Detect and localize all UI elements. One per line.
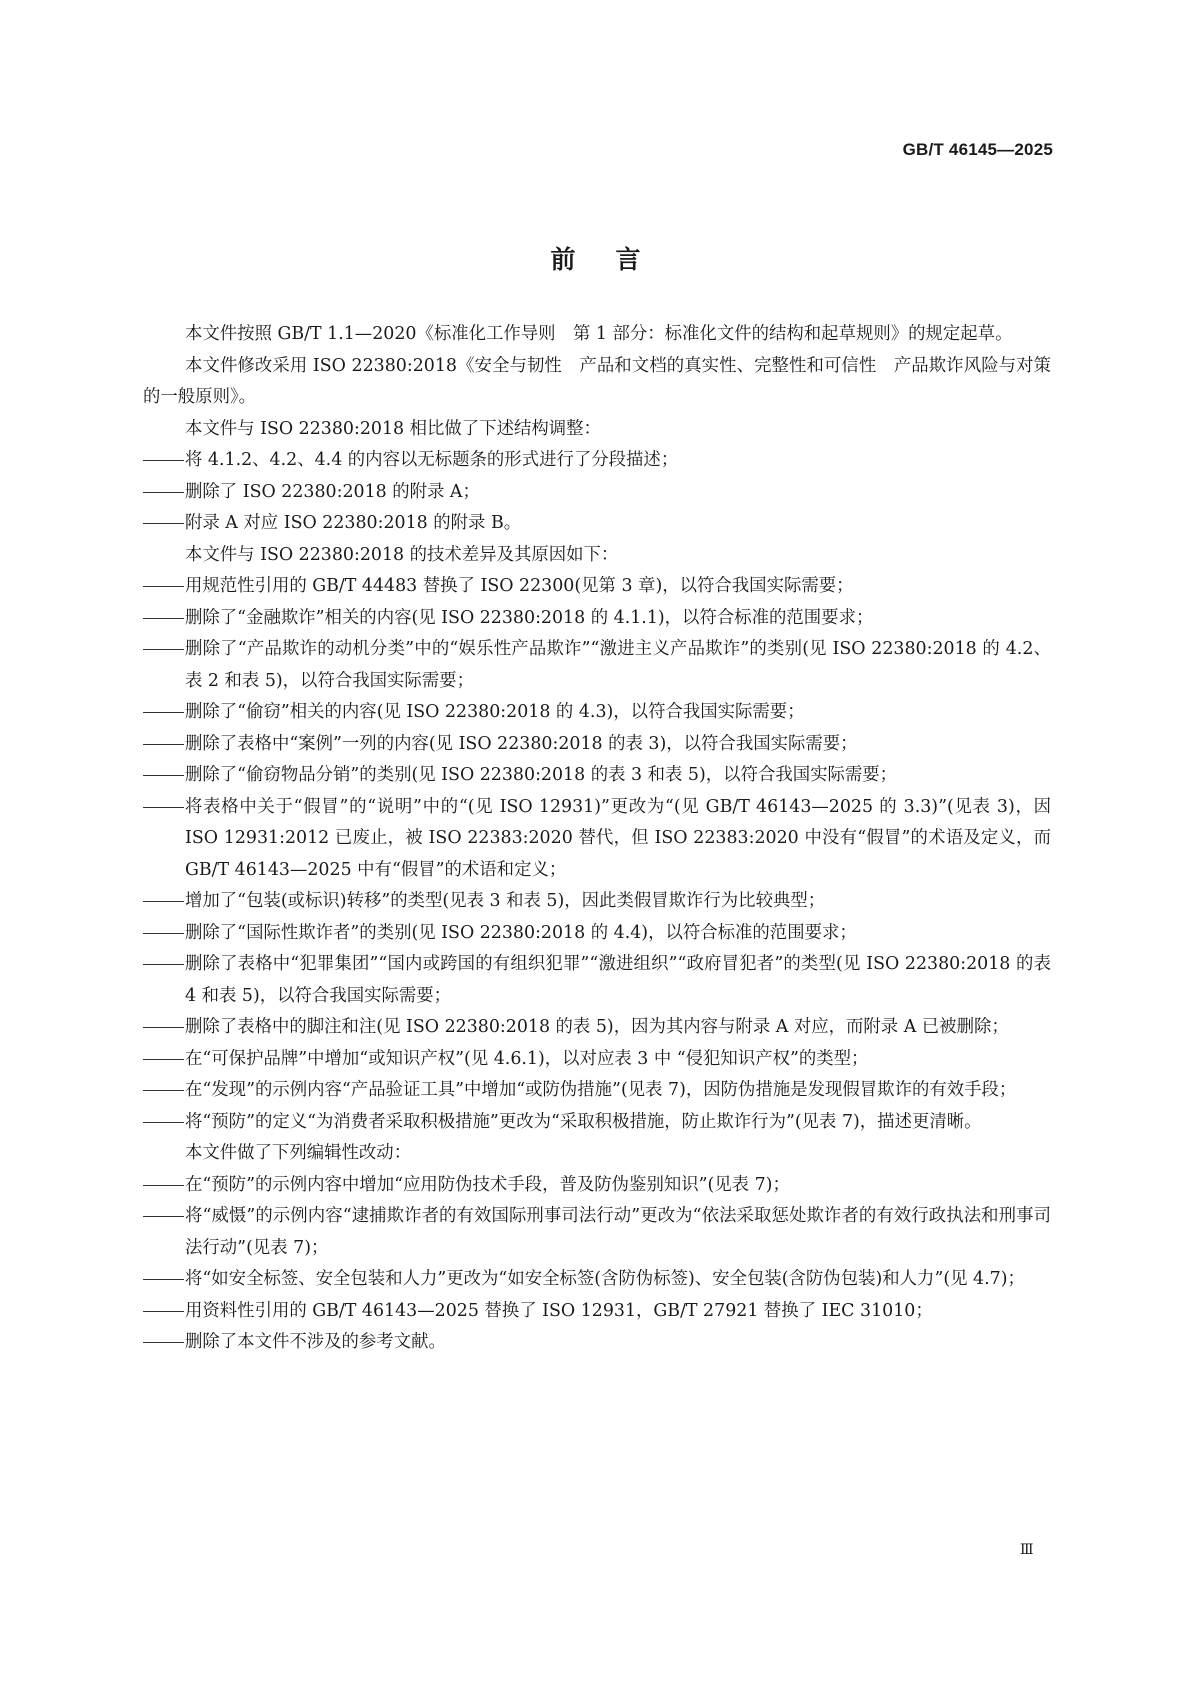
list-item-text: 附录 A 对应 ISO 22380:2018 的附录 B。: [185, 513, 521, 533]
list-item: 用规范性引用的 GB/T 44483 替换了 ISO 22300(见第 3 章)…: [143, 571, 1051, 603]
list-item: 删除了表格中“犯罪集团”“国内或跨国的有组织犯罪”“激进组织”“政府冒犯者”的类…: [143, 949, 1051, 1012]
standard-code-header: GB/T 46145—2025: [903, 140, 1053, 160]
list-item: 将表格中关于“假冒”的“说明”中的“(见 ISO 12931)”更改为“(见 G…: [143, 792, 1051, 887]
paragraph: 本文件与 ISO 22380:2018 的技术差异及其原因如下：: [143, 540, 1051, 572]
list-item-text: 删除了 ISO 22380:2018 的附录 A；: [185, 482, 480, 502]
page-number: Ⅲ: [1020, 1542, 1034, 1558]
list-item: 在“可保护品牌”中增加“或知识产权”(见 4.6.1)，以对应表 3 中 “侵犯…: [143, 1044, 1051, 1076]
list-item-text: 将 4.1.2、4.2、4.4 的内容以无标题条的形式进行了分段描述；: [185, 450, 678, 470]
list-item-text: 在“预防”的示例内容中增加“应用防伪技术手段，普及防伪鉴别知识”(见表 7)；: [185, 1175, 790, 1195]
list-item-text: 删除了“金融欺诈”相关的内容(见 ISO 22380:2018 的 4.1.1)…: [185, 608, 873, 628]
list-item-text: 删除了表格中的脚注和注(见 ISO 22380:2018 的表 5)，因为其内容…: [185, 1017, 1009, 1037]
list-item: 删除了“金融欺诈”相关的内容(见 ISO 22380:2018 的 4.1.1)…: [143, 603, 1051, 635]
list-item: 删除了本文件不涉及的参考文献。: [143, 1327, 1051, 1359]
list-item-text: 删除了本文件不涉及的参考文献。: [185, 1332, 446, 1352]
list-item-text: 将“威慑”的示例内容“逮捕欺诈者的有效国际刑事司法行动”更改为“依法采取惩处欺诈…: [185, 1206, 1051, 1258]
paragraph: 本文件修改采用 ISO 22380:2018《安全与韧性 产品和文档的真实性、完…: [143, 351, 1051, 414]
list-item-text: 删除了“国际性欺诈者”的类别(见 ISO 22380:2018 的 4.4)，以…: [185, 923, 857, 943]
page-title: 前言: [0, 240, 1191, 276]
list-item-text: 将表格中关于“假冒”的“说明”中的“(见 ISO 12931)”更改为“(见 G…: [185, 797, 1051, 880]
list-item-text: 用资料性引用的 GB/T 46143—2025 替换了 ISO 12931，GB…: [185, 1301, 933, 1321]
list-item-text: 用规范性引用的 GB/T 44483 替换了 ISO 22300(见第 3 章)…: [185, 576, 854, 596]
list-item-text: 将“预防”的定义“为消费者采取积极措施”更改为“采取积极措施，防止欺诈行为”(见…: [185, 1112, 982, 1132]
list-item: 在“预防”的示例内容中增加“应用防伪技术手段，普及防伪鉴别知识”(见表 7)；: [143, 1170, 1051, 1202]
list-item: 将“预防”的定义“为消费者采取积极措施”更改为“采取积极措施，防止欺诈行为”(见…: [143, 1107, 1051, 1139]
foreword-body: 本文件按照 GB/T 1.1—2020《标准化工作导则 第 1 部分：标准化文件…: [143, 319, 1051, 1359]
list-item-text: 删除了“偷窃物品分销”的类别(见 ISO 22380:2018 的表 3 和表 …: [185, 765, 897, 785]
list-item-text: 删除了表格中“犯罪集团”“国内或跨国的有组织犯罪”“激进组织”“政府冒犯者”的类…: [185, 954, 1051, 1006]
list-item: 删除了“偷窃物品分销”的类别(见 ISO 22380:2018 的表 3 和表 …: [143, 760, 1051, 792]
list-item: 删除了表格中“案例”一列的内容(见 ISO 22380:2018 的表 3)，以…: [143, 729, 1051, 761]
list-item: 删除了“产品欺诈的动机分类”中的“娱乐性产品欺诈”“激进主义产品欺诈”的类别(见…: [143, 634, 1051, 697]
list-item-text: 删除了“偷窃”相关的内容(见 ISO 22380:2018 的 4.3)，以符合…: [185, 702, 805, 722]
list-item-text: 增加了“包装(或标识)转移”的类型(见表 3 和表 5)，因此类假冒欺诈行为比较…: [185, 891, 825, 911]
list-item-text: 将“如安全标签、安全包装和人力”更改为“如安全标签(含防伪标签)、安全包装(含防…: [185, 1269, 1025, 1289]
list-item-text: 删除了“产品欺诈的动机分类”中的“娱乐性产品欺诈”“激进主义产品欺诈”的类别(见…: [185, 639, 1051, 691]
list-item: 将“如安全标签、安全包装和人力”更改为“如安全标签(含防伪标签)、安全包装(含防…: [143, 1264, 1051, 1296]
list-item: 删除了“偷窃”相关的内容(见 ISO 22380:2018 的 4.3)，以符合…: [143, 697, 1051, 729]
list-item: 在“发现”的示例内容“产品验证工具”中增加“或防伪措施”(见表 7)，因防伪措施…: [143, 1075, 1051, 1107]
list-item-text: 在“发现”的示例内容“产品验证工具”中增加“或防伪措施”(见表 7)，因防伪措施…: [185, 1080, 1016, 1100]
list-item: 删除了“国际性欺诈者”的类别(见 ISO 22380:2018 的 4.4)，以…: [143, 918, 1051, 950]
list-item-text: 删除了表格中“案例”一列的内容(见 ISO 22380:2018 的表 3)，以…: [185, 734, 858, 754]
list-item: 用资料性引用的 GB/T 46143—2025 替换了 ISO 12931，GB…: [143, 1296, 1051, 1328]
list-item: 增加了“包装(或标识)转移”的类型(见表 3 和表 5)，因此类假冒欺诈行为比较…: [143, 886, 1051, 918]
list-item: 删除了表格中的脚注和注(见 ISO 22380:2018 的表 5)，因为其内容…: [143, 1012, 1051, 1044]
list-item: 将 4.1.2、4.2、4.4 的内容以无标题条的形式进行了分段描述；: [143, 445, 1051, 477]
list-item: 附录 A 对应 ISO 22380:2018 的附录 B。: [143, 508, 1051, 540]
list-item-text: 在“可保护品牌”中增加“或知识产权”(见 4.6.1)，以对应表 3 中 “侵犯…: [185, 1049, 868, 1069]
list-item: 删除了 ISO 22380:2018 的附录 A；: [143, 477, 1051, 509]
paragraph: 本文件做了下列编辑性改动：: [143, 1138, 1051, 1170]
list-item: 将“威慑”的示例内容“逮捕欺诈者的有效国际刑事司法行动”更改为“依法采取惩处欺诈…: [143, 1201, 1051, 1264]
paragraph: 本文件与 ISO 22380:2018 相比做了下述结构调整：: [143, 414, 1051, 446]
paragraph: 本文件按照 GB/T 1.1—2020《标准化工作导则 第 1 部分：标准化文件…: [143, 319, 1051, 351]
